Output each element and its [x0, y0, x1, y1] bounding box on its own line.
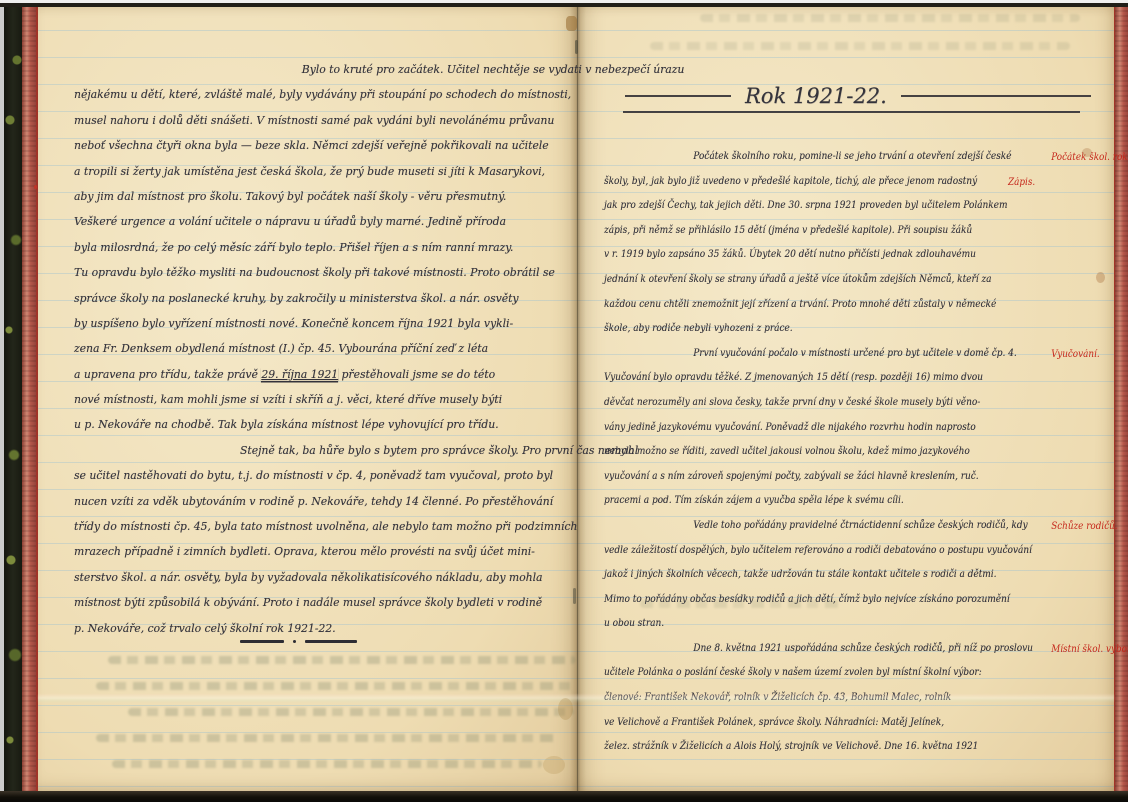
stain — [1082, 148, 1092, 157]
manuscript-line: jak pro zdejší Čechy, tak jejich děti. D… — [604, 199, 1034, 224]
stain — [1096, 272, 1105, 283]
manuscript-line: třídy do místnosti čp. 45, byla tato mís… — [74, 519, 579, 544]
chapter-title: Rok 1921-22. — [745, 84, 887, 108]
manuscript-line: jakož i jiných školních věcech, takže ud… — [604, 568, 1034, 593]
paragraph: Vedle toho pořádány pravidelné čtrnáctid… — [604, 519, 1034, 642]
manuscript-line: První vyučování počalo v místnosti určen… — [604, 347, 1034, 372]
manuscript-line: Počátek školního roku, pomine-li se jeho… — [604, 150, 1034, 175]
manuscript-line: škole, aby rodiče nebyli vyhozeni z prác… — [604, 322, 1034, 347]
manuscript-line: nějakému u dětí, které, zvláště malé, by… — [74, 87, 579, 112]
chapter-title-row: Rok 1921-22. — [625, 84, 1091, 108]
margin-note: Počátek škol. roku. — [1008, 152, 1125, 163]
book-cover-edge — [4, 0, 22, 802]
manuscript-line: pracemi a pod. Tím získán zájem a vyučba… — [604, 494, 1034, 519]
section-end-mark — [240, 640, 357, 643]
margin-note: Zápis. — [1008, 177, 1125, 188]
end-mark-dash — [305, 640, 357, 643]
left-page-text: Bylo to kruté pro začátek. Učitel nechtě… — [74, 62, 579, 646]
red-speck — [34, 185, 37, 189]
bleedthrough-text — [640, 600, 840, 608]
margin-note: Vyučování. — [1008, 349, 1125, 360]
manuscript-line: v r. 1919 bylo zapsáno 35 žáků. Úbytek 2… — [604, 248, 1034, 273]
manuscript-line: a upravena pro třídu, takže právě 29. ří… — [74, 367, 579, 392]
margin-note: Místní škol. výbor. — [1008, 644, 1125, 655]
bleedthrough-text — [128, 708, 574, 716]
book-edge-top — [0, 3, 1128, 7]
manuscript-line: vány jedině jazykovému vyučování. Poněva… — [604, 421, 1034, 446]
stain — [558, 698, 573, 720]
title-flourish-left — [625, 95, 731, 97]
manuscript-line: a tropili si žerty jak umístěna jest čes… — [74, 164, 579, 189]
bleedthrough-text — [650, 42, 1070, 50]
manuscript-line: Tu opravdu bylo těžko mysliti na budoucn… — [74, 265, 579, 290]
manuscript-line: nucen vzíti za vděk ubytováním v rodině … — [74, 494, 579, 519]
manuscript-line: nové místnosti, kam mohli jsme si vzíti … — [74, 392, 579, 417]
paragraph: Bylo to kruté pro začátek. Učitel nechtě… — [74, 62, 579, 443]
manuscript-line: Vyučování bylo opravdu těžké. Z jmenovan… — [604, 371, 1034, 396]
right-page-text: Počátek školního roku, pomine-li se jeho… — [604, 150, 1034, 765]
book-edge-bottom — [0, 791, 1128, 802]
book-scan: Bylo to kruté pro začátek. Učitel nechtě… — [0, 0, 1128, 802]
title-underline — [623, 111, 1080, 113]
manuscript-line: sterstvo škol. a nár. osvěty, byla by vy… — [74, 570, 579, 595]
manuscript-line: aby jim dal místnost pro školu. Takový b… — [74, 189, 579, 214]
manuscript-line: mrazech případně i zimních bydleti. Opra… — [74, 544, 579, 569]
stitch-mark — [575, 40, 578, 54]
manuscript-line: každou cenu chtěli znemožnit její zřízen… — [604, 298, 1034, 323]
title-flourish-right — [901, 95, 1091, 97]
page-edge-marble-right — [1114, 0, 1128, 802]
manuscript-line: správce školy na poslanecké kruhy, by za… — [74, 291, 579, 316]
paragraph: Stejně tak, ba hůře bylo s bytem pro spr… — [74, 443, 579, 646]
manuscript-line: byla milosrdná, že po celý měsíc září by… — [74, 240, 579, 265]
paragraph: Dne 8. května 1921 uspořádána schůze čes… — [604, 642, 1034, 765]
manuscript-line: Vedle toho pořádány pravidelné čtrnáctid… — [604, 519, 1034, 544]
manuscript-line: u obou stran. — [604, 617, 1034, 642]
manuscript-line: zena Fr. Denksem obydlená místnost (I.) … — [74, 341, 579, 366]
stain — [566, 16, 577, 31]
manuscript-line: Dne 8. května 1921 uspořádána schůze čes… — [604, 642, 1034, 667]
manuscript-line: jednání k otevření školy se strany úřadů… — [604, 273, 1034, 298]
manuscript-line: Bylo to kruté pro začátek. Učitel nechtě… — [74, 62, 579, 87]
end-mark-dot — [293, 640, 296, 643]
manuscript-line: školy, byl, jak bylo již uvedeno v přede… — [604, 175, 1034, 200]
bleedthrough-text — [112, 760, 542, 768]
paragraph: První vyučování počalo v místnosti určen… — [604, 347, 1034, 519]
manuscript-line: místnost býti způsobilá k obývání. Proto… — [74, 595, 579, 620]
end-mark-dash — [240, 640, 284, 643]
stitch-mark — [573, 588, 576, 604]
page-edge-marble-left — [22, 0, 38, 802]
manuscript-line: vedle záležitostí dospělých, bylo učitel… — [604, 544, 1034, 569]
manuscript-line: učitele Polánka o poslání české školy v … — [604, 666, 1034, 691]
bleedthrough-text — [108, 656, 576, 664]
manuscript-line: Veškeré urgence a volání učitele o nápra… — [74, 214, 579, 239]
bleedthrough-text — [700, 14, 1080, 22]
manuscript-line: ve Velichově a František Polánek, správc… — [604, 716, 1034, 741]
manuscript-line: vyučování a s ním zároveň spojenými počt… — [604, 470, 1034, 495]
scan-light-band — [38, 694, 1114, 703]
manuscript-line: u p. Nekováře na chodbě. Tak byla získán… — [74, 417, 579, 442]
stain — [543, 756, 565, 774]
bleedthrough-text — [96, 682, 574, 690]
manuscript-line: musel nahoru i dolů děti snášeti. V míst… — [74, 113, 579, 138]
manuscript-line: děvčat nerozuměly ani slova česky, takže… — [604, 396, 1034, 421]
margin-note: Schůze rodičů. — [1008, 521, 1125, 532]
manuscript-line: želez. strážník v Žiželicích a Alois Hol… — [604, 740, 1034, 765]
manuscript-line: se učitel nastěhovati do bytu, t.j. do m… — [74, 468, 579, 493]
manuscript-line: zápis, při němž se přihlásilo 15 dětí (j… — [604, 224, 1034, 249]
manuscript-line: nebylo možno se říditi, zavedl učitel ja… — [604, 445, 1034, 470]
bleedthrough-text — [96, 734, 556, 742]
paragraph: Počátek školního roku, pomine-li se jeho… — [604, 150, 1034, 347]
manuscript-line: Stejně tak, ba hůře bylo s bytem pro spr… — [74, 443, 579, 468]
manuscript-line: neboť všechna čtyři okna byla — beze skl… — [74, 138, 579, 163]
manuscript-line: by uspíšeno bylo vyřízení místnosti nové… — [74, 316, 579, 341]
